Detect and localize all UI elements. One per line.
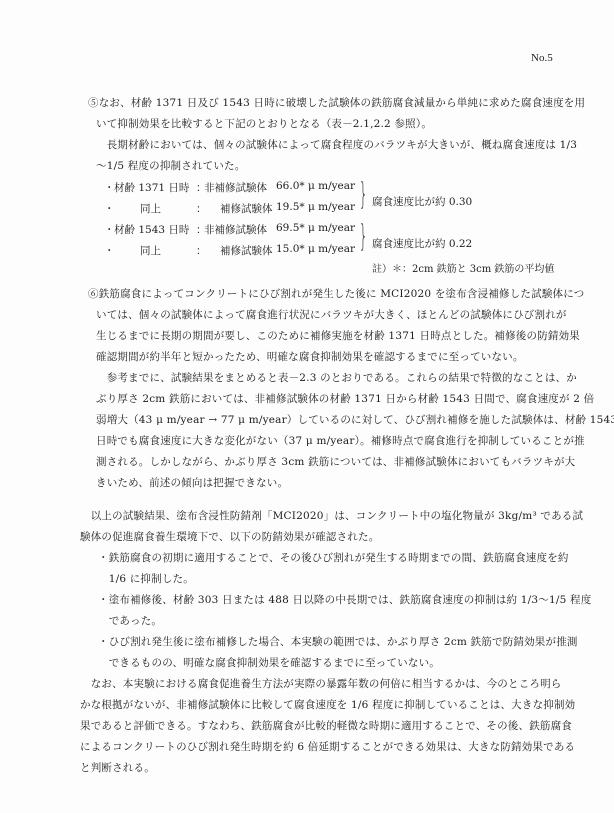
bullet: ・ — [104, 243, 115, 258]
specimen-type: 補修試験体 — [220, 201, 273, 216]
closing-line: と判断される。 — [80, 761, 155, 775]
conclusion-intro-line: 以上の試験結果、塗布含浸性防錆剤「MCI2020」は、コンクリート中の塩化物量が… — [80, 509, 583, 523]
specimen-age: 同上 — [140, 243, 161, 258]
section-6-line: いては、個々の試験体によって腐食進行状況にバラツキが大きく、ほとんどの試験体にひ… — [96, 308, 567, 322]
section-6-line: きいため、前述の傾向は把握できない。 — [96, 476, 288, 490]
right-brace-icon: } — [359, 222, 368, 252]
closing-line: によるコンクリートのひび割れ発生時期を約 6 倍延期することができる効果は、大き… — [80, 740, 575, 754]
conclusion-bullet-cont: であった。 — [98, 614, 162, 628]
section-6-line: 日時でも腐食速度に大きな変化がない（37 μ m/year）。補修時点で腐食進行… — [96, 434, 585, 448]
corrosion-rate: 15.0* μ m/year — [276, 243, 355, 255]
page-number: No.5 — [531, 52, 553, 64]
specimen-type: 補修試験体 — [220, 243, 273, 258]
footnote: 註）＊：2cm 鉄筋と 3cm 鉄筋の平均値 — [372, 260, 554, 275]
section-6-line: 弱増大（43 μ m/year → 77 μ m/year）しているのに対して、… — [96, 413, 614, 427]
specimen-type: 非補修試験体 — [204, 180, 267, 195]
corrosion-rate: 69.5* μ m/year — [276, 222, 355, 234]
bullet: ・ — [104, 180, 115, 195]
right-brace-icon: } — [359, 180, 368, 210]
rate-ratio: 腐食速度比が約 0.22 — [372, 236, 472, 251]
conclusion-bullet: ・鉄筋腐食の初期に適用することで、その後ひび割れが発生する時期までの間、鉄筋腐食… — [98, 551, 569, 565]
specimen-type: 非補修試験体 — [204, 222, 267, 237]
conclusion-intro-line: 験体の促進腐食養生環境下で、以下の防錆効果が確認された。 — [80, 530, 379, 544]
bullet: ・ — [104, 222, 115, 237]
section-6-line: 参考までに、試験結果をまとめると表－2.3 のとおりである。これらの結果で特徴的… — [96, 371, 577, 385]
conclusion-bullet-cont: できるものの、明確な腐食抑制効果を確認するまでに至っていない。 — [98, 656, 440, 670]
conclusion-bullet-cont: 1/6 に抑制した。 — [98, 572, 194, 586]
section-6-line: 測される。しかしながら、かぶり厚さ 3cm 鉄筋については、非補修試験体において… — [96, 455, 575, 469]
corrosion-rate: 19.5* μ m/year — [276, 201, 355, 213]
section-5-line: ⑤なお、材齢 1371 日及び 1543 日時に破壊した試験体の鉄筋腐食減量から… — [88, 96, 585, 110]
corrosion-rate: 66.0* μ m/year — [276, 180, 355, 192]
section-6-line: 生じるまでに長期の期間が要し、このために補修実施を材齢 1371 日時点とした。… — [96, 329, 580, 343]
section-5-line: 長期材齢においては、個々の試験体によって腐食程度のバラツキが大きいが、概ね腐食速… — [96, 138, 577, 152]
rate-ratio: 腐食速度比が約 0.30 — [372, 194, 472, 209]
separator: ： — [196, 201, 207, 216]
bullet: ・ — [104, 201, 115, 216]
closing-line: 果であると評価できる。すなわち、鉄筋腐食が比較的軽微な時期に適用することで、その… — [80, 719, 572, 733]
section-6-line: ぶり厚さ 2cm 鉄筋においては、非補修試験体の材齢 1371 日から材齢 15… — [96, 392, 594, 406]
closing-line: なお、本実験における腐食促進養生方法が実際の暴露年数の何倍に相当するかは、今のと… — [80, 677, 562, 691]
conclusion-bullet: ・ひび割れ発生後に塗布補修した場合、本実験の範囲では、かぶり厚さ 2cm 鉄筋で… — [98, 635, 578, 649]
specimen-age: 材齢 1371 日時 — [114, 180, 189, 195]
section-5-line: いて抑制効果を比較すると下記のとおりとなる（表－2.1,2.2 参照）。 — [96, 117, 432, 131]
section-6-line: 確認期間が約半年と短かったため、明確な腐食抑制効果を確認するまでに至っていない。 — [96, 350, 524, 364]
document-page: No.5 ⑤なお、材齢 1371 日及び 1543 日時に破壊した試験体の鉄筋腐… — [0, 0, 614, 813]
closing-line: かな根拠がないが、非補修試験体に比較して腐食速度を 1/6 程度に抑制しているこ… — [80, 698, 575, 712]
conclusion-bullet: ・塗布補修後、材齢 303 日または 488 日以降の中長期では、鉄筋腐食速度の… — [98, 593, 591, 607]
section-5-line: ～1/5 程度の抑制されていた。 — [96, 159, 245, 173]
separator: ： — [196, 243, 207, 258]
specimen-age: 同上 — [140, 201, 161, 216]
specimen-age: 材齢 1543 日時 — [114, 222, 189, 237]
section-6-line: ⑥鉄筋腐食によってコンクリートにひび割れが発生した後に MCI2020 を塗布含… — [88, 287, 584, 301]
